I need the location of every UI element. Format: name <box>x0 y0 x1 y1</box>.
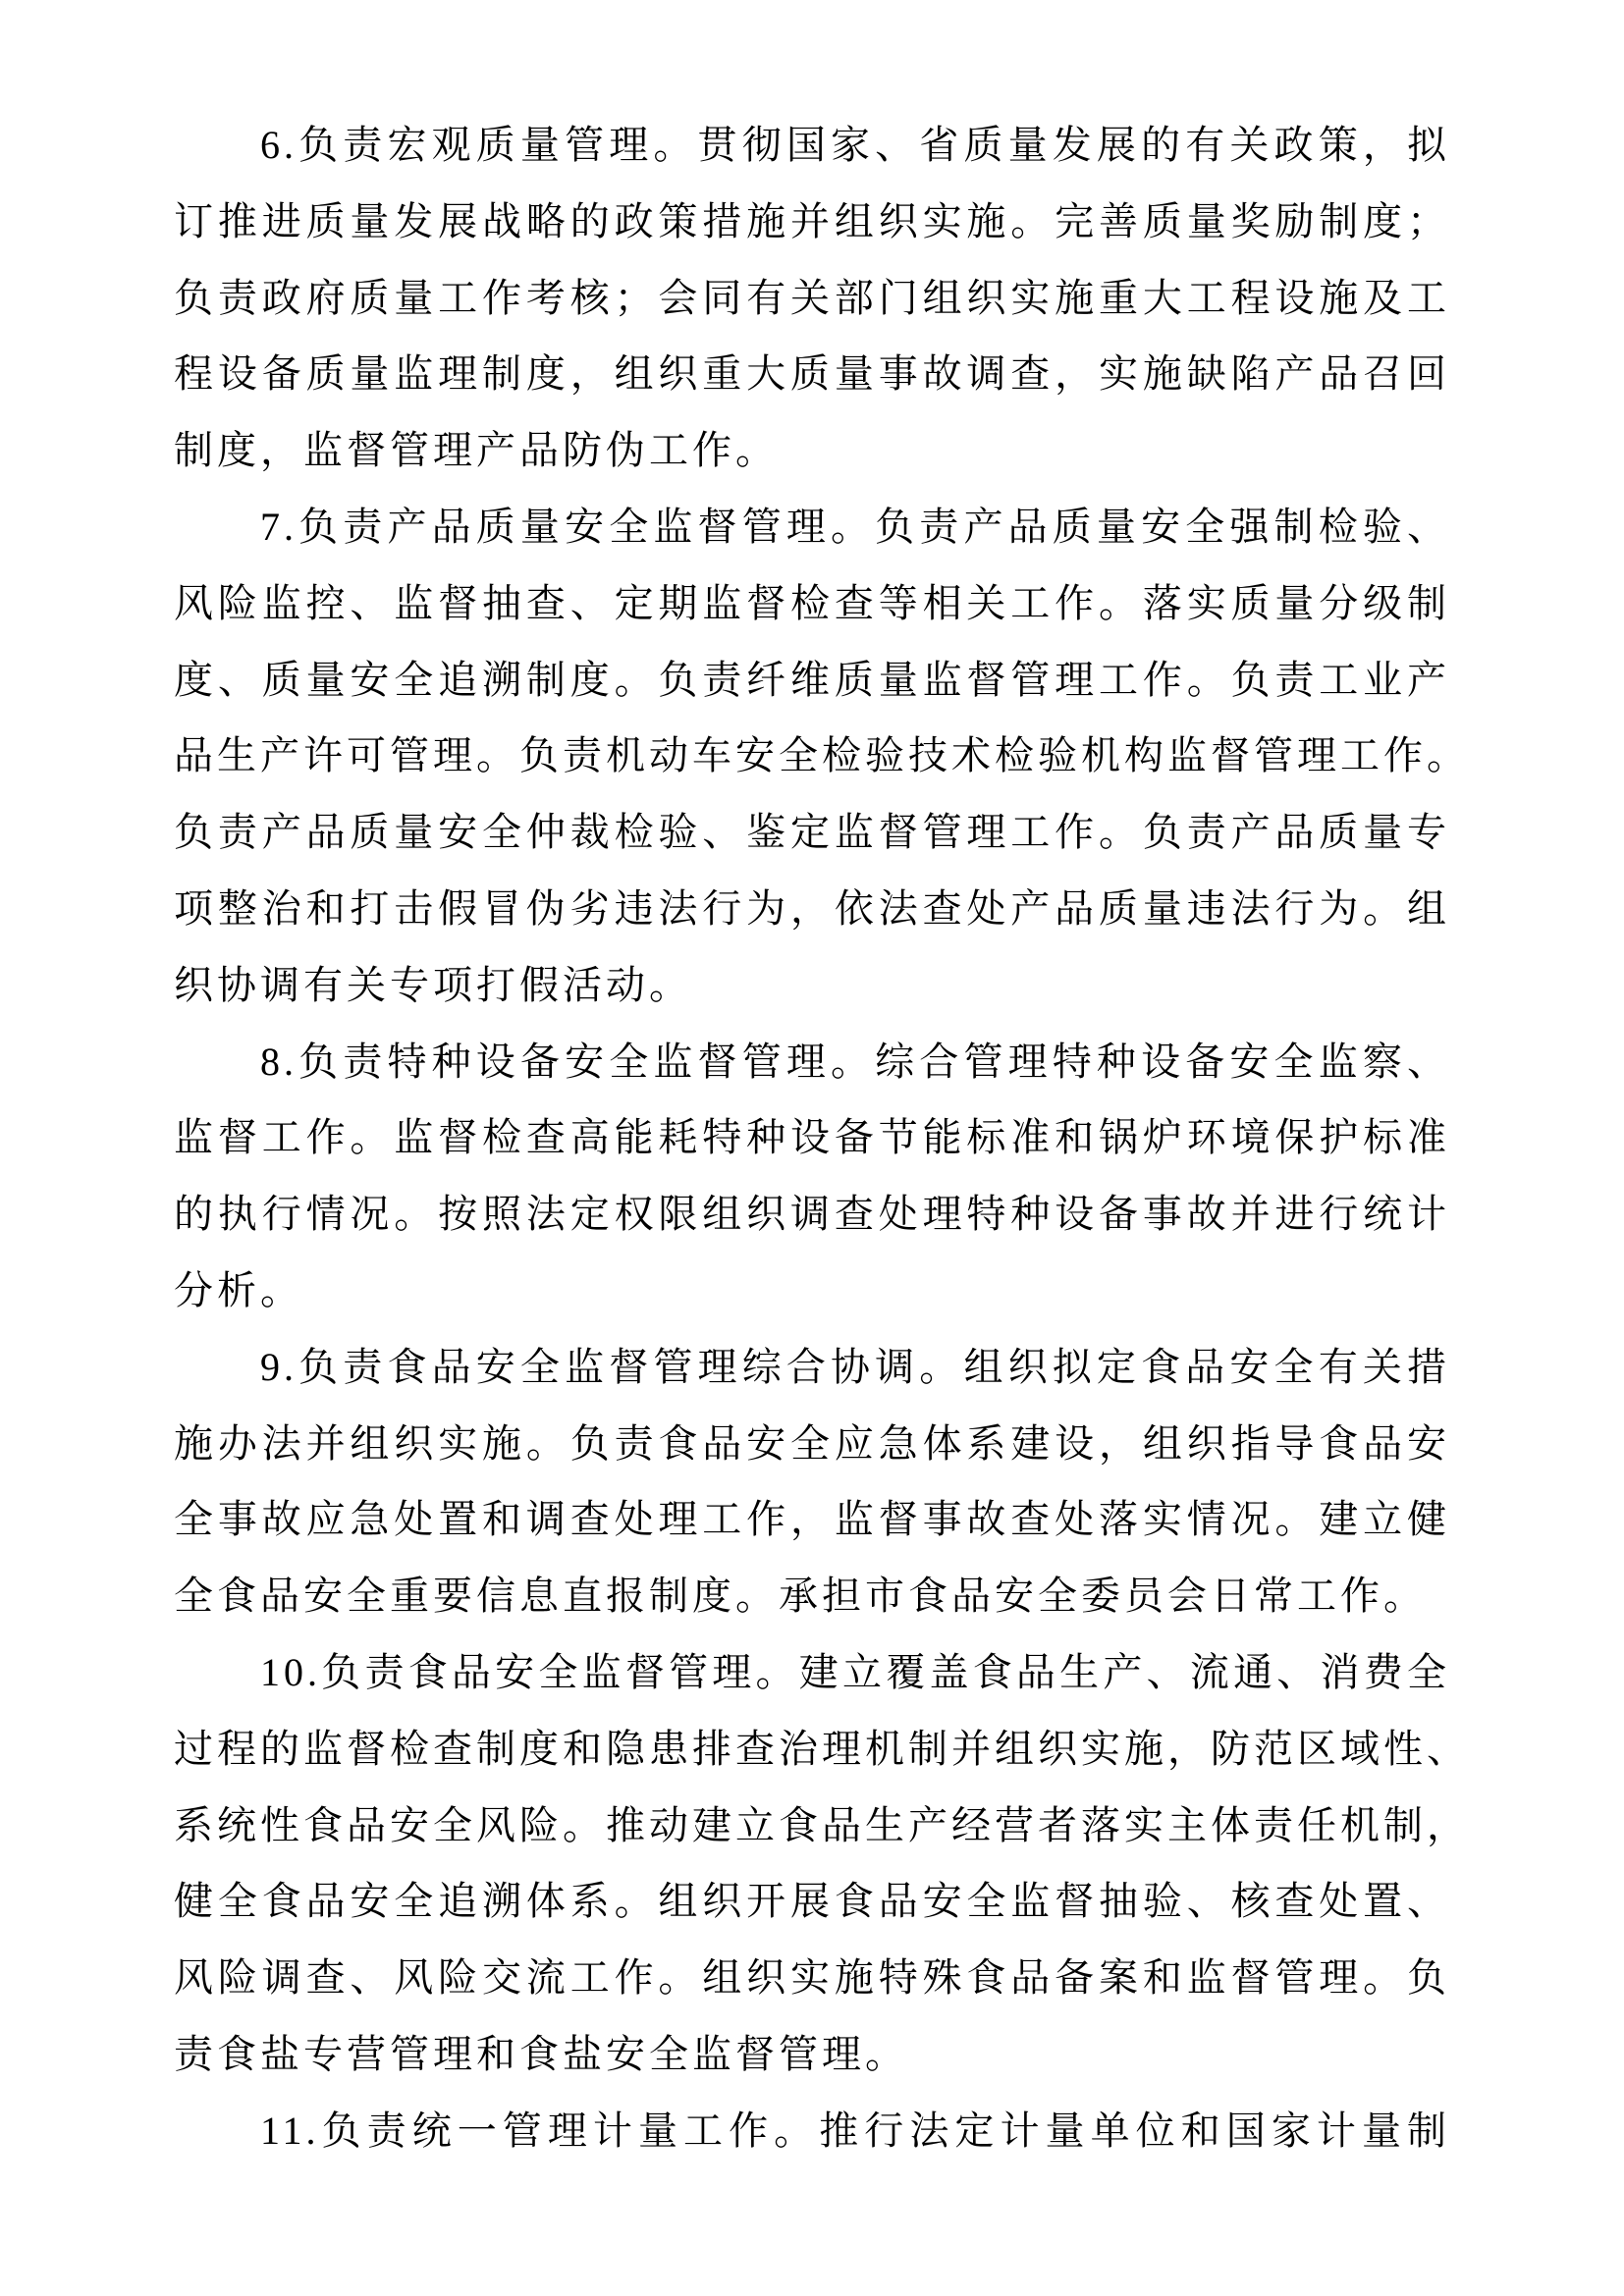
paragraph-line: 负责产品质量安全仲裁检验、鉴定监督管理工作。负责产品质量专 <box>174 794 1450 871</box>
paragraph-line: 8.负责特种设备安全监督管理。综合管理特种设备安全监察、 <box>174 1024 1450 1100</box>
paragraph-line: 风险监控、监督抽查、定期监督检查等相关工作。落实质量分级制 <box>174 565 1450 642</box>
paragraph-line: 过程的监督检查制度和隐患排查治理机制并组织实施，防范区域性、 <box>174 1711 1450 1788</box>
paragraph-line: 风险调查、风险交流工作。组织实施特殊食品备案和监督管理。负 <box>174 1940 1450 2016</box>
paragraph-line: 监督工作。监督检查高能耗特种设备节能标准和锅炉环境保护标准 <box>174 1099 1450 1176</box>
paragraph-line: 品生产许可管理。负责机动车安全检验技术检验机构监督管理工作。 <box>174 718 1450 794</box>
paragraph-8: 8.负责特种设备安全监督管理。综合管理特种设备安全监察、 监督工作。监督检查高能… <box>174 1024 1450 1329</box>
paragraph-line: 9.负责食品安全监督管理综合协调。组织拟定食品安全有关措 <box>174 1329 1450 1406</box>
paragraph-line: 6.负责宏观质量管理。贯彻国家、省质量发展的有关政策，拟 <box>174 107 1450 184</box>
paragraph-line: 织协调有关专项打假活动。 <box>174 947 1450 1024</box>
paragraph-line: 系统性食品安全风险。推动建立食品生产经营者落实主体责任机制， <box>174 1788 1450 1864</box>
paragraph-10: 10.负责食品安全监督管理。建立覆盖食品生产、流通、消费全 过程的监督检查制度和… <box>174 1634 1450 2093</box>
paragraph-line: 度、质量安全追溯制度。负责纤维质量监督管理工作。负责工业产 <box>174 642 1450 719</box>
paragraph-line: 10.负责食品安全监督管理。建立覆盖食品生产、流通、消费全 <box>174 1634 1450 1711</box>
paragraph-line: 程设备质量监理制度，组织重大质量事故调查，实施缺陷产品召回 <box>174 336 1450 412</box>
paragraph-line: 健全食品安全追溯体系。组织开展食品安全监督抽验、核查处置、 <box>174 1863 1450 1940</box>
paragraph-line: 7.负责产品质量安全监督管理。负责产品质量安全强制检验、 <box>174 489 1450 565</box>
paragraph-line: 订推进质量发展战略的政策措施并组织实施。完善质量奖励制度； <box>174 184 1450 260</box>
paragraph-6: 6.负责宏观质量管理。贯彻国家、省质量发展的有关政策，拟 订推进质量发展战略的政… <box>174 107 1450 489</box>
paragraph-line: 全事故应急处置和调查处理工作，监督事故查处落实情况。建立健 <box>174 1481 1450 1558</box>
paragraph-line: 的执行情况。按照法定权限组织调查处理特种设备事故并进行统计 <box>174 1176 1450 1253</box>
paragraph-line: 施办法并组织实施。负责食品安全应急体系建设，组织指导食品安 <box>174 1406 1450 1482</box>
paragraph-line: 全食品安全重要信息直报制度。承担市食品安全委员会日常工作。 <box>174 1558 1450 1634</box>
paragraph-11: 11.负责统一管理计量工作。推行法定计量单位和国家计量制 <box>174 2093 1450 2169</box>
paragraph-line: 11.负责统一管理计量工作。推行法定计量单位和国家计量制 <box>174 2093 1450 2169</box>
paragraph-line: 负责政府质量工作考核；会同有关部门组织实施重大工程设施及工 <box>174 260 1450 337</box>
paragraph-9: 9.负责食品安全监督管理综合协调。组织拟定食品安全有关措 施办法并组织实施。负责… <box>174 1329 1450 1634</box>
paragraph-line: 分析。 <box>174 1253 1450 1329</box>
paragraph-line: 责食盐专营管理和食盐安全监督管理。 <box>174 2016 1450 2093</box>
paragraph-7: 7.负责产品质量安全监督管理。负责产品质量安全强制检验、 风险监控、监督抽查、定… <box>174 489 1450 1024</box>
paragraph-line: 项整治和打击假冒伪劣违法行为，依法查处产品质量违法行为。组 <box>174 871 1450 947</box>
document-page: 6.负责宏观质量管理。贯彻国家、省质量发展的有关政策，拟 订推进质量发展战略的政… <box>174 107 1450 2169</box>
paragraph-line: 制度，监督管理产品防伪工作。 <box>174 412 1450 489</box>
